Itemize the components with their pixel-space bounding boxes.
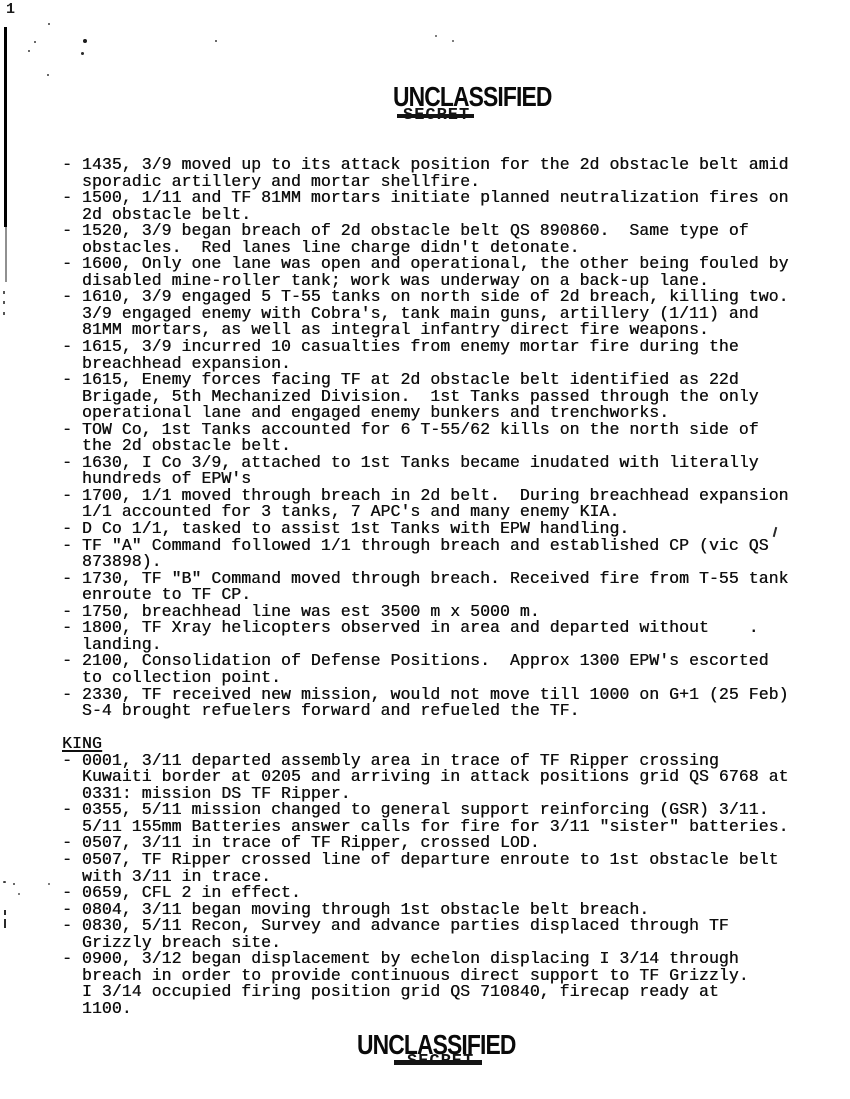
left-margin-scan-line: [4, 27, 7, 227]
scan-speckle: [18, 893, 20, 895]
scan-speckle: [83, 39, 87, 43]
scan-speckle: [28, 50, 30, 52]
document-body: - 1435, 3/9 moved up to its attack posit…: [62, 157, 788, 1017]
scan-speckle: [47, 74, 49, 76]
document-line: [62, 720, 788, 737]
scan-speckle: [3, 881, 6, 883]
scan-speckle: [48, 23, 50, 25]
left-margin-scan-line-faded: [5, 227, 7, 282]
page-number: 1: [6, 1, 15, 18]
scan-artifact-tick: [4, 919, 6, 928]
scan-speckle: [3, 301, 5, 304]
document-line: - 1800, TF Xray helicopters observed in …: [62, 620, 788, 637]
scan-speckle: [3, 312, 5, 315]
document-line: 1100.: [62, 1001, 788, 1018]
scan-speckle: [34, 41, 36, 43]
document-line: S-4 brought refuelers forward and refuel…: [62, 703, 788, 720]
strikethrough-bar: [397, 114, 474, 118]
scan-speckle: [215, 40, 217, 42]
document-line: - TF "A" Command followed 1/1 through br…: [62, 538, 788, 555]
strikethrough-bar: [394, 1060, 482, 1065]
classification-footer-struck: SECRET: [407, 1052, 474, 1071]
scan-speckle: [3, 291, 5, 294]
scan-speckle: [81, 52, 84, 55]
document-line: I 3/14 occupied firing position grid QS …: [62, 984, 788, 1001]
scan-speckle: [452, 40, 454, 42]
classification-header-struck: SECRET: [403, 106, 470, 125]
scan-speckle: [435, 35, 437, 37]
scan-artifact-tick: [4, 910, 6, 915]
scan-speckle: [48, 883, 50, 885]
scanned-document-page: 1 UNCLASSIFIED SECRET - 1435, 3/9 moved …: [0, 0, 850, 1099]
scan-speckle: [13, 883, 15, 885]
